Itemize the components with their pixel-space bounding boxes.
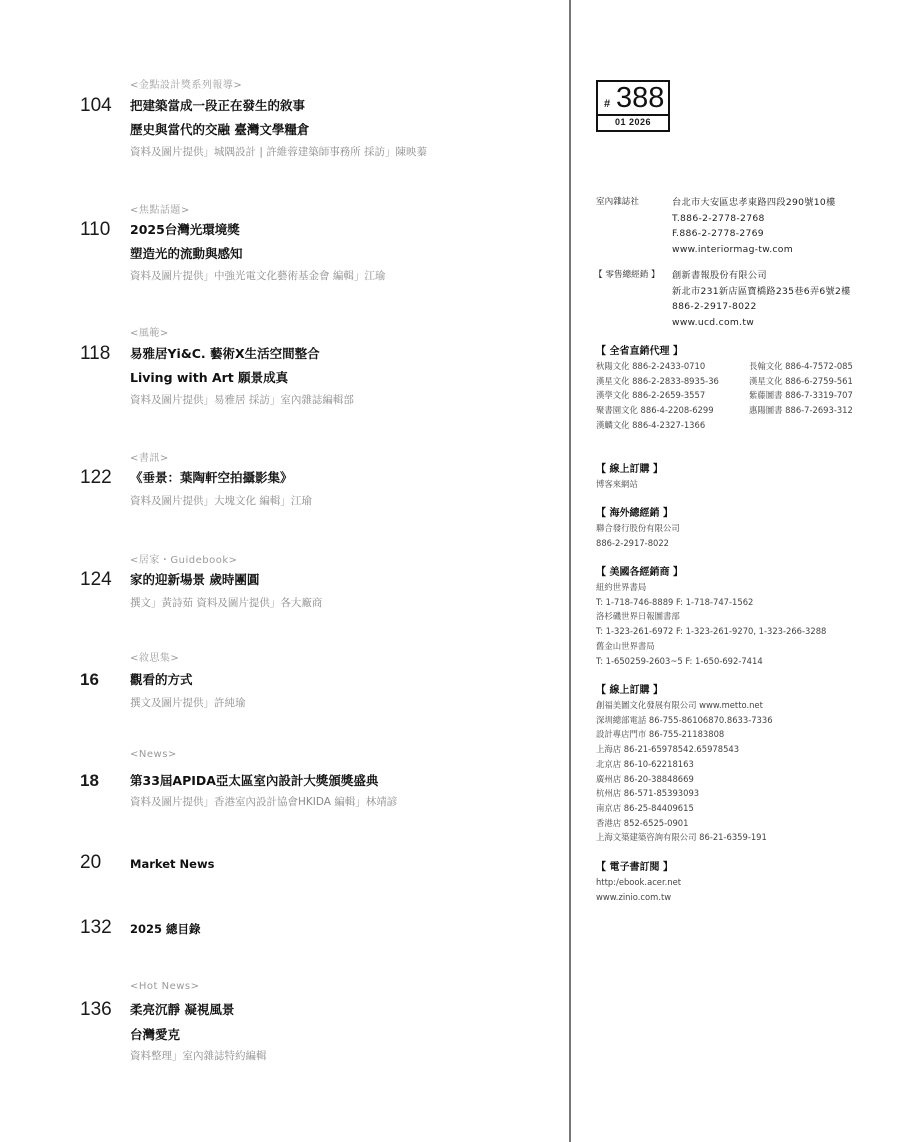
china-online-heading: 【 線上訂購 】 [596, 683, 773, 698]
toc-credit: 資料及圖片提供」中強光電文化藝術基金會 編輯」江瑜 [130, 269, 385, 283]
retail-address: 新北市231新店區寶橋路235巷6弄6號2樓 [672, 284, 851, 300]
china-online-line: 上海文築建築咨詢有限公司 86-21-6359-191 [596, 830, 773, 845]
toc-title: 易雅居Yi&C. 藝術X生活空間整合 [130, 346, 320, 362]
toc-title: 2025 總目錄 [130, 921, 201, 937]
overseas-distributor-section: 【 海外總經銷 】 聯合發行股份有限公司 886-2-2917-8022 [596, 506, 680, 550]
toc-title: 第33屆APIDA亞太區室內設計大獎頒獎盛典 [130, 773, 378, 789]
issue-hash: # [604, 98, 610, 110]
publisher-address: 台北市大安區忠孝東路四段290號10樓 [672, 195, 836, 211]
usa-distributors-section: 【 美國各經銷商 】 紐約世界書局 T: 1-718-746-8889 F: 1… [596, 565, 826, 668]
retail-label: 【 零售總經銷 】 [594, 268, 660, 284]
toc-section-tag: <敘思集> [130, 649, 179, 664]
toc-credit: 資料及圖片提供」大塊文化 編輯」江瑜 [130, 494, 312, 508]
toc-page-number: 118 [80, 344, 110, 364]
toc-page-number: 16 [80, 670, 99, 690]
agents-row: 漢星文化 886-2-2833-8935-36漢星文化 886-6-2759-5… [596, 374, 719, 389]
china-online-line: 深圳總部電話 86-755-86106870.8633-7336 [596, 713, 773, 728]
overseas-line: 886-2-2917-8022 [596, 536, 680, 551]
retail-phone: 886-2-2917-8022 [672, 299, 851, 315]
toc-section-tag: <Hot News> [130, 981, 200, 992]
retail-details: 創新書報股份有限公司 新北市231新店區寶橋路235巷6弄6號2樓 886-2-… [672, 268, 851, 330]
issue-date: 01 2026 [598, 117, 668, 127]
usa-line: 舊金山世界書局 [596, 639, 826, 654]
toc-title: 2025台灣光環境獎 [130, 222, 240, 238]
china-online-line: 香港店 852-6525-0901 [596, 816, 773, 831]
toc-title: 柔亮沉靜 凝視風景 [130, 1002, 234, 1018]
online-order-section: 【 線上訂購 】 博客來網站 [596, 462, 663, 492]
publisher-fax: F.886-2-2778-2769 [672, 226, 836, 242]
publisher-label: 室內雜誌社 [596, 195, 639, 211]
ebook-link[interactable]: http:/ebook.acer.net [596, 875, 681, 890]
publisher-website[interactable]: www.interiormag-tw.com [672, 242, 836, 258]
toc-page-number: 18 [80, 771, 99, 791]
china-online-order-section: 【 線上訂購 】 創福美圖文化發展有限公司 www.metto.net 深圳總部… [596, 683, 773, 845]
retail-company: 創新書報股份有限公司 [672, 268, 851, 284]
china-online-line: 廣州店 86-20-38848669 [596, 772, 773, 787]
china-online-line: 創福美圖文化發展有限公司 www.metto.net [596, 698, 773, 713]
usa-line: T: 1-718-746-8889 F: 1-718-747-1562 [596, 595, 826, 610]
usa-line: 紐約世界書局 [596, 580, 826, 595]
usa-line: T: 1-650259-2603~5 F: 1-650-692-7414 [596, 654, 826, 669]
toc-title: Living with Art 願景成真 [130, 370, 288, 386]
toc-title: 把建築當成一段正在發生的敘事 [130, 98, 305, 114]
toc-title: 台灣愛克 [130, 1027, 180, 1043]
ebook-subscription-section: 【 電子書訂閱 】 http:/ebook.acer.net www.zinio… [596, 860, 681, 904]
online-order-heading: 【 線上訂購 】 [596, 462, 663, 477]
toc-page-number: 136 [80, 1000, 112, 1020]
toc-page-number: 110 [80, 220, 110, 240]
publisher-details: 台北市大安區忠孝東路四段290號10樓 T.886-2-2778-2768 F.… [672, 195, 836, 257]
toc-section-tag: <書訊> [130, 449, 169, 464]
toc-page-number: 20 [80, 853, 101, 873]
toc-credit: 資料整理」室內雜誌特約編輯 [130, 1049, 267, 1063]
domestic-agents: 【 全省直銷代理 】 秋陽文化 886-2-2433-0710長翰文化 886-… [596, 344, 719, 433]
ebook-heading: 【 電子書訂閱 】 [596, 860, 681, 875]
retail-website[interactable]: www.ucd.com.tw [672, 315, 851, 331]
toc-credit: 資料及圖片提供」香港室內設計協會HKIDA 編輯」林靖諺 [130, 795, 397, 809]
agents-row: 漢學文化 886-2-2659-3557紫藤圖書 886-7-3319-707 [596, 388, 719, 403]
toc-page-number: 104 [80, 96, 112, 116]
issue-number-box: # 388 01 2026 [596, 80, 670, 132]
toc-title: 《垂景：葉陶軒空拍攝影集》 [130, 470, 293, 486]
toc-credit: 資料及圖片提供」城隅設計 | 許維蓉建築師事務所 採訪」陳映蓁 [130, 145, 427, 159]
usa-line: 洛杉磯世界日報圖書部 [596, 609, 826, 624]
toc-section-tag: <風範> [130, 324, 169, 339]
overseas-heading: 【 海外總經銷 】 [596, 506, 680, 521]
agents-heading: 【 全省直銷代理 】 [596, 344, 719, 359]
issue-number-top: # 388 [598, 82, 668, 116]
toc-page-number: 124 [80, 570, 112, 590]
online-order-line: 博客來網站 [596, 477, 663, 492]
toc-page-number: 122 [80, 468, 112, 488]
china-online-line: 南京店 86-25-84409615 [596, 801, 773, 816]
toc-title: 家的迎新場景 歲時團圓 [130, 572, 259, 588]
toc-section-tag: <金點設計獎系列報導> [130, 76, 242, 91]
agents-row: 聚書園文化 886-4-2208-6299惠陽圖書 886-7-2693-312 [596, 403, 719, 418]
column-divider [569, 0, 571, 1142]
toc-title: 觀看的方式 [130, 672, 193, 688]
china-online-line: 杭州店 86-571-85393093 [596, 786, 773, 801]
publisher-tel: T.886-2-2778-2768 [672, 211, 836, 227]
agents-row: 漢麟文化 886-4-2327-1366 [596, 418, 719, 433]
toc-title: 歷史與當代的交融 臺灣文學糧倉 [130, 122, 309, 138]
usa-line: T: 1-323-261-6972 F: 1-323-261-9270, 1-3… [596, 624, 826, 639]
toc-section-tag: <居家・Guidebook> [130, 551, 238, 566]
issue-number: 388 [616, 82, 664, 114]
toc-page-number: 132 [80, 918, 112, 938]
toc-title: 塑造光的流動與感知 [130, 246, 243, 262]
toc-section-tag: <焦點話題> [130, 201, 190, 216]
toc-credit: 撰文」黃詩茹 資料及圖片提供」各大廠商 [130, 596, 322, 610]
overseas-line: 聯合發行股份有限公司 [596, 521, 680, 536]
toc-title: Market News [130, 856, 214, 872]
agents-row: 秋陽文化 886-2-2433-0710長翰文化 886-4-7572-085 [596, 359, 719, 374]
china-online-line: 上海店 86-21-65978542.65978543 [596, 742, 773, 757]
china-online-line: 設計專店門市 86-755-21183808 [596, 727, 773, 742]
usa-heading: 【 美國各經銷商 】 [596, 565, 826, 580]
toc-section-tag: <News> [130, 749, 177, 760]
toc-credit: 資料及圖片提供」易雅居 採訪」室內雜誌編輯部 [130, 393, 354, 407]
toc-credit: 撰文及圖片提供」許純瑜 [130, 696, 246, 710]
china-online-line: 北京店 86-10-62218163 [596, 757, 773, 772]
ebook-link[interactable]: www.zinio.com.tw [596, 890, 681, 905]
